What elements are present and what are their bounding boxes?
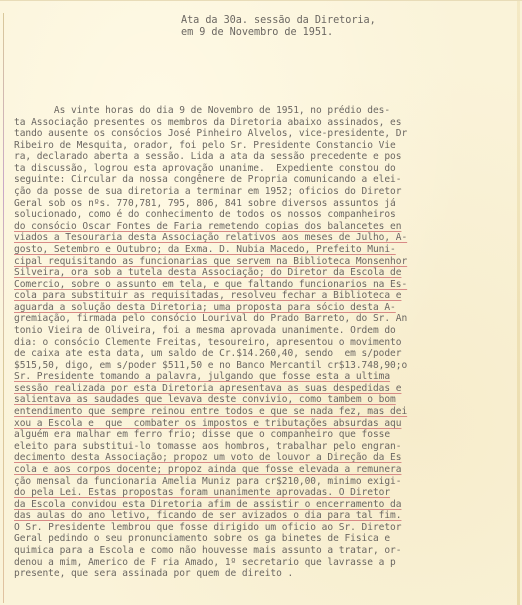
paper-left-edge [3,13,4,603]
body-line: dia: o consócio Clemente Freitas, tesour… [14,337,514,349]
paper-right-edge [517,1,520,605]
document-page: Ata da 30a. sessão da Diretoria,em 9 de … [0,0,522,605]
document-body: As vinte horas do dia 9 de Novembro de 1… [14,105,514,580]
body-line: alguém era malhar em ferro frio; disse q… [14,429,514,441]
body-line: solucionado, como é do conhecimento de t… [14,209,514,221]
body-line: ta Associação presentes os membros da Di… [14,117,514,129]
body-line: tando ausente os consócios José Pinheiro… [14,128,514,140]
body-line: eleito para substitui-lo tomasse aos hom… [14,441,514,453]
title-line: Ata da 30a. sessão da Diretoria, [181,15,376,27]
body-line-underlined: viados a Tesouraria desta Associação rel… [14,232,514,244]
body-line-underlined: Silveira, ora sob a tutela desta Associa… [14,267,514,279]
body-line-underlined: cipal requisitando as funcionarias que s… [14,256,514,268]
body-line-underlined: gosto, Setembro e Outubro; da Exma. D. N… [14,244,514,256]
body-line-underlined: entendimento que sempre reinou entre tod… [14,406,514,418]
body-line-underlined: do consócio Oscar Fontes de Faria remete… [14,221,514,233]
body-line: Geral sob os nºs. 770,781, 795, 806, 841… [14,198,514,210]
title-line: em 9 de Novembro de 1951. [181,27,376,39]
body-line: gremiação, firmada pelo consócio Louriva… [14,313,514,325]
body-line-underlined: decimento desta Associação; propoz um vo… [14,452,514,464]
body-line: de caixa ate esta data, um saldo de Cr.$… [14,348,514,360]
body-line-underlined: cola e aos corpos docente; propoz ainda … [14,464,514,476]
body-line: As vinte horas do dia 9 de Novembro de 1… [14,105,514,117]
body-line-underlined: aguarda a solução desta Diretoria; uma p… [14,302,514,314]
body-line: ção mensal da funcionaria Amelia Muniz p… [14,476,514,488]
body-line: denou a mim, Americo de F ria Amado, 1º … [14,557,514,569]
body-line-underlined: da Escola convidou esta Diretoria afim d… [14,499,514,511]
body-line-underlined: do pela Lei. Estas propostas foram unani… [14,487,514,499]
body-line-underlined: xou a Escola e que combater os impostos … [14,418,514,430]
body-line-underlined: salientava as saudades que levava deste … [14,394,514,406]
body-line-underlined: sessão realizada por esta Diretoria apre… [14,383,514,395]
body-line-underlined: cola para substituir as requisitadas, re… [14,290,514,302]
body-line: seguinte: Circular da nossa congênere de… [14,174,514,186]
body-line: tonio Vieira de Oliveira, foi a mesma ap… [14,325,514,337]
document-title: Ata da 30a. sessão da Diretoria,em 9 de … [181,15,376,39]
body-line: quimica para a Escola e como não houvess… [14,545,514,557]
body-line: Geral pedindo o seu pronunciamento sobre… [14,533,514,545]
body-line-underlined: Sr. Presidente tomando a palavra, julgan… [14,371,514,383]
body-line: Ribeiro de Mesquita, orador, foi pelo Sr… [14,140,514,152]
body-line: presente, que sera assinada por quem de … [14,568,514,580]
body-line: ção da posse de sua diretoria a terminar… [14,186,514,198]
body-line: $515,50, digo, em s/poder $511,50 e no B… [14,360,514,372]
body-line: ra, declarado aberta a sessão. Lida a at… [14,151,514,163]
body-line: ta discussão, logrou esta aprovação unan… [14,163,514,175]
body-line: O Sr. Presidente lembrou que fosse dirig… [14,522,514,534]
body-line-underlined: das aulas do ano letivo, ficando de ser … [14,510,514,522]
body-line-underlined: Comercio, sobre o assunto em tela, e que… [14,279,514,291]
